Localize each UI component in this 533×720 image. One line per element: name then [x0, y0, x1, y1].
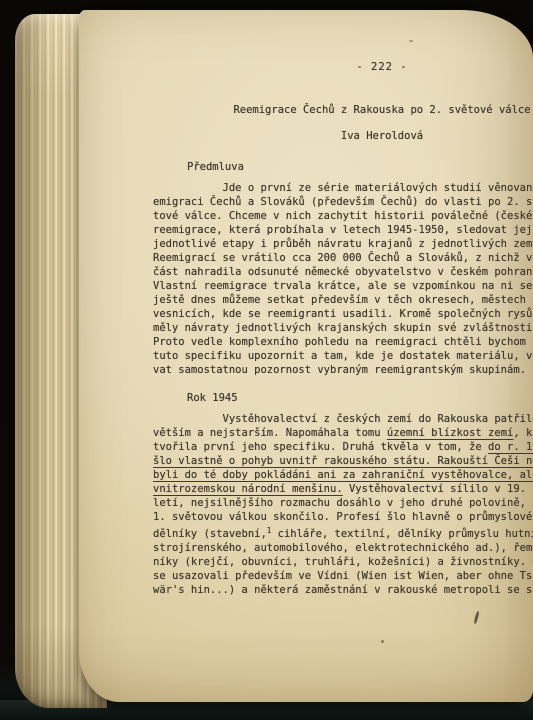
author-name: Iva Heroldová [153, 129, 533, 143]
text-line: se usazovali především ve Vídni (Wien is… [153, 569, 533, 583]
text-line: Proto vedle komplexního pohledu na reemi… [153, 335, 533, 349]
text-line: šlo vlastně o pohyb uvnitř rakouského st… [153, 454, 533, 468]
paragraph-predmluva: Jde o první ze série materiálových studi… [153, 181, 533, 377]
text-line: 1. světovou válkou skončilo. Profesí šlo… [153, 510, 533, 524]
text-line: část nahradila odsunuté německé obyvatel… [153, 265, 533, 279]
text-line: dělníky (stavební,1 cihláře, textilní, d… [153, 524, 533, 541]
text-line: ještě dnes můžeme setkat především v těc… [153, 293, 533, 307]
stray-ink-mark [473, 611, 479, 624]
typewritten-text: - 222 - Reemigrace Čechů z Rakouska po 2… [153, 60, 533, 597]
text-line: vesnicích, kde se reemigranti usadili. K… [153, 307, 533, 321]
text-line: větším a nejstarším. Napomáhala tomu úze… [153, 426, 533, 440]
text-line: níky (krejčí, obuvníci, truhláři, kožešn… [153, 555, 533, 569]
text-line: měly návraty jednotlivých krajanských sk… [153, 321, 533, 335]
text-line: vat samostatnou pozornost vybraným reemi… [153, 363, 533, 377]
text-line: Jde o první ze série materiálových studi… [153, 181, 533, 195]
text-line: tuto specifiku upozornit a tam, kde je d… [153, 349, 533, 363]
text-line: byli do té doby pokládáni ani za zahrani… [153, 468, 533, 482]
paragraph-rok-1945: Vystěhovalectví z českých zemí do Rakous… [153, 412, 533, 597]
section-heading-rok-1945: Rok 1945 [153, 391, 533, 405]
text-line: Reemigrací se vrátilo cca 200 000 Čechů … [153, 251, 533, 265]
text-line: emigraci Čechů a Slováků (především Čech… [153, 195, 533, 209]
text-line: tové válce. Chceme v nich zachytit histo… [153, 209, 533, 223]
page-number: - 222 - [153, 60, 533, 74]
text-line: letí, nejsilnějšího rozmachu dosáhlo v j… [153, 496, 533, 510]
paper-speck [409, 40, 413, 42]
text-line: Vystěhovalectví z českých zemí do Rakous… [153, 412, 533, 426]
text-line: jednotlivé etapy i průběh návratu krajan… [153, 237, 533, 251]
paper-speck [381, 640, 384, 643]
text-line: Vlastní reemigrace trvala krátce, ale se… [153, 279, 533, 293]
text-line: vnitrozemskou národní menšinu. Vystěhova… [153, 482, 533, 496]
section-heading-predmluva: Předmluva [153, 160, 533, 174]
text-line: strojírenského, automobilového, elektrot… [153, 541, 533, 555]
article-title: Reemigrace Čechů z Rakouska po 2. světov… [153, 103, 533, 117]
open-book: - 222 - Reemigrace Čechů z Rakouska po 2… [15, 10, 533, 702]
book-page: - 222 - Reemigrace Čechů z Rakouska po 2… [79, 10, 533, 702]
text-line: reemigrace, která probíhala v letech 194… [153, 223, 533, 237]
book-photo: - 222 - Reemigrace Čechů z Rakouska po 2… [0, 0, 533, 720]
text-line: tvořila první jeho specifiku. Druhá tkvě… [153, 440, 533, 454]
text-line: wär's hin...) a některá zaměstnání v rak… [153, 583, 533, 597]
